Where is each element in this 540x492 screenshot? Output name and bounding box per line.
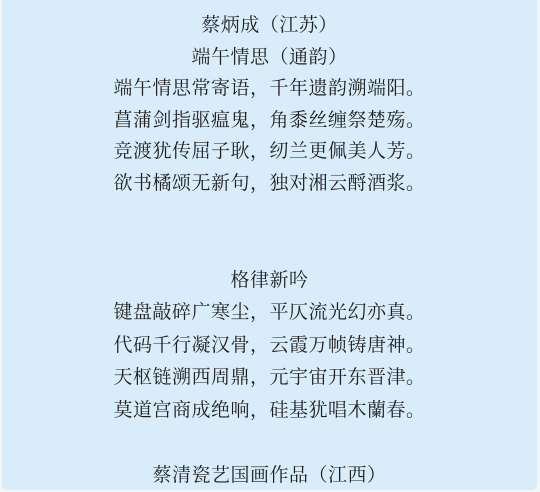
footer-section: 蔡清瓷艺国画作品（江西） (2, 460, 537, 490)
poem-verse-line: 天枢链溯西周鼎，元宇宙开东晋津。 (2, 362, 537, 394)
poem-verse-line: 莫道宫商成绝响，硅基犹唱木蘭春。 (2, 395, 537, 427)
article-page: 蔡炳成（江苏） 端午情思（通韵） 端午情思常寄语，千年遗韵溯端阳。 菖蒲剑指驱瘟… (2, 0, 537, 490)
poem-verse-line: 代码千行凝汉骨，云霞万帧铸唐神。 (2, 330, 537, 362)
poem-verse-line: 键盘敲碎广寒尘，平仄流光幻亦真。 (2, 297, 537, 329)
poem-verse-line: 欲书橘颂无新句，独对湘云酹酒浆。 (2, 168, 537, 200)
poem-title: 格律新吟 (2, 265, 537, 297)
poem-verse-line: 菖蒲剑指驱瘟鬼，角黍丝缠祭楚殇。 (2, 105, 537, 137)
article-content: 蔡炳成（江苏） 端午情思（通韵） 端午情思常寄语，千年遗韵溯端阳。 菖蒲剑指驱瘟… (2, 0, 537, 490)
poem-section-2: 格律新吟 键盘敲碎广寒尘，平仄流光幻亦真。 代码千行凝汉骨，云霞万帧铸唐神。 天… (2, 265, 537, 427)
poem-title: 端午情思（通韵） (2, 42, 537, 74)
poem-verse-line: 端午情思常寄语，千年遗韵溯端阳。 (2, 73, 537, 105)
poem-author: 蔡炳成（江苏） (2, 10, 537, 42)
artwork-caption: 蔡清瓷艺国画作品（江西） (2, 460, 537, 490)
poem-verse-line: 竞渡犹传屈子耿，纫兰更佩美人芳。 (2, 136, 537, 168)
poem-section-1: 蔡炳成（江苏） 端午情思（通韵） 端午情思常寄语，千年遗韵溯端阳。 菖蒲剑指驱瘟… (2, 10, 537, 199)
